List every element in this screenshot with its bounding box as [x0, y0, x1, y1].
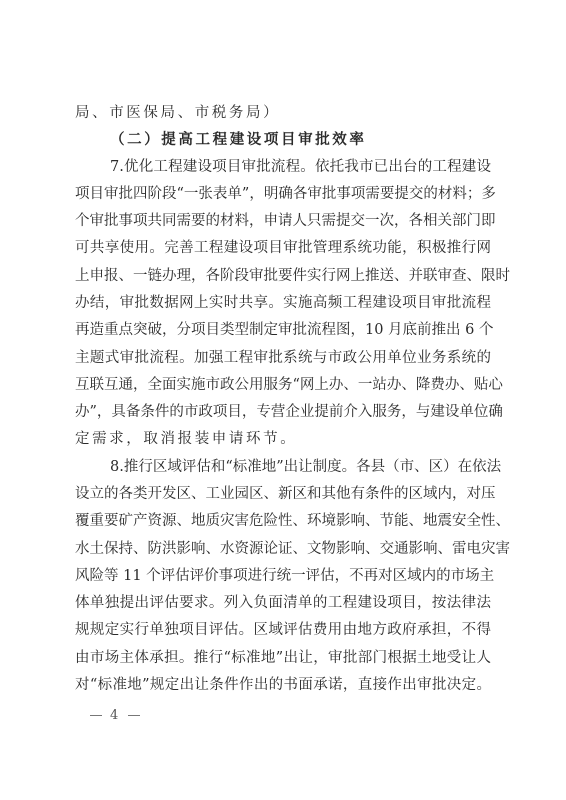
paragraph-8-line: 8.推行区域评估和“标准地”出让制度。各县（市、区）在依法: [110, 456, 491, 478]
paragraph-7-line: 办”，具备条件的市政项目，专营企业提前介入服务，与建设单位确: [75, 401, 491, 423]
paragraph-7-line: 项目审批四阶段“一张表单”，明确各审批事项需要提交的材料；多: [75, 183, 491, 205]
paragraph-8-line: 体单独提出评估要求。列入负面清单的工程建设项目，按法律法: [75, 592, 491, 614]
text-line-continuation: 局、市医保局、市税务局）: [75, 102, 491, 124]
paragraph-8-line: 规规定实行单独项目评估。区域评估费用由地方政府承担，不得: [75, 619, 491, 641]
paragraph-8-line: 由市场主体承担。推行“标准地”出让，审批部门根据土地受让人: [75, 647, 491, 669]
paragraph-7-line: 7.优化工程建设项目审批流程。依托我市已出台的工程建设: [110, 156, 491, 178]
paragraph-8-line: 设立的各类开发区、工业园区、新区和其他有条件的区域内，对压: [75, 483, 491, 505]
paragraph-8-line: 对“标准地”规定出让条件作出的书面承诺，直接作出审批决定。: [75, 674, 491, 696]
paragraph-7-line: 个审批事项共同需要的材料，申请人只需提交一次，各相关部门即: [75, 210, 491, 232]
paragraph-7-line: 办结，审批数据网上实时共享。实施高频工程建设项目审批流程: [75, 292, 491, 314]
paragraph-8-line: 覆重要矿产资源、地质灾害危险性、环境影响、节能、地震安全性、: [75, 510, 491, 532]
paragraph-7-line: 再造重点突破，分项目类型制定审批流程图，10 月底前推出 6 个: [75, 319, 491, 341]
paragraph-7-line: 上申报、一链办理，各阶段审批要件实行网上推送、并联审查、限时: [75, 265, 491, 287]
page-number-value: 4: [110, 708, 120, 723]
paragraph-7-line: 可共享使用。完善工程建设项目审批管理系统功能，积极推行网: [75, 237, 491, 259]
page-number: 4: [82, 708, 148, 723]
dash-right: [128, 715, 140, 716]
dash-left: [90, 715, 102, 716]
document-page: 局、市医保局、市税务局） （二）提高工程建设项目审批效率 7.优化工程建设项目审…: [0, 0, 566, 800]
paragraph-7-line: 主题式审批流程。加强工程审批系统与市政公用单位业务系统的: [75, 347, 491, 369]
paragraph-8-line: 水土保持、防洪影响、水资源论证、文物影响、交通影响、雷电灾害: [75, 538, 491, 560]
paragraph-7-line: 定需求，取消报装申请环节。: [75, 428, 491, 450]
section-heading: （二）提高工程建设项目审批效率: [110, 129, 491, 151]
paragraph-8-line: 风险等 11 个评估评价事项进行统一评估，不再对区域内的市场主: [75, 565, 491, 587]
paragraph-7-line: 互联互通，全面实施市政公用服务“网上办、一站办、降费办、贴心: [75, 374, 491, 396]
